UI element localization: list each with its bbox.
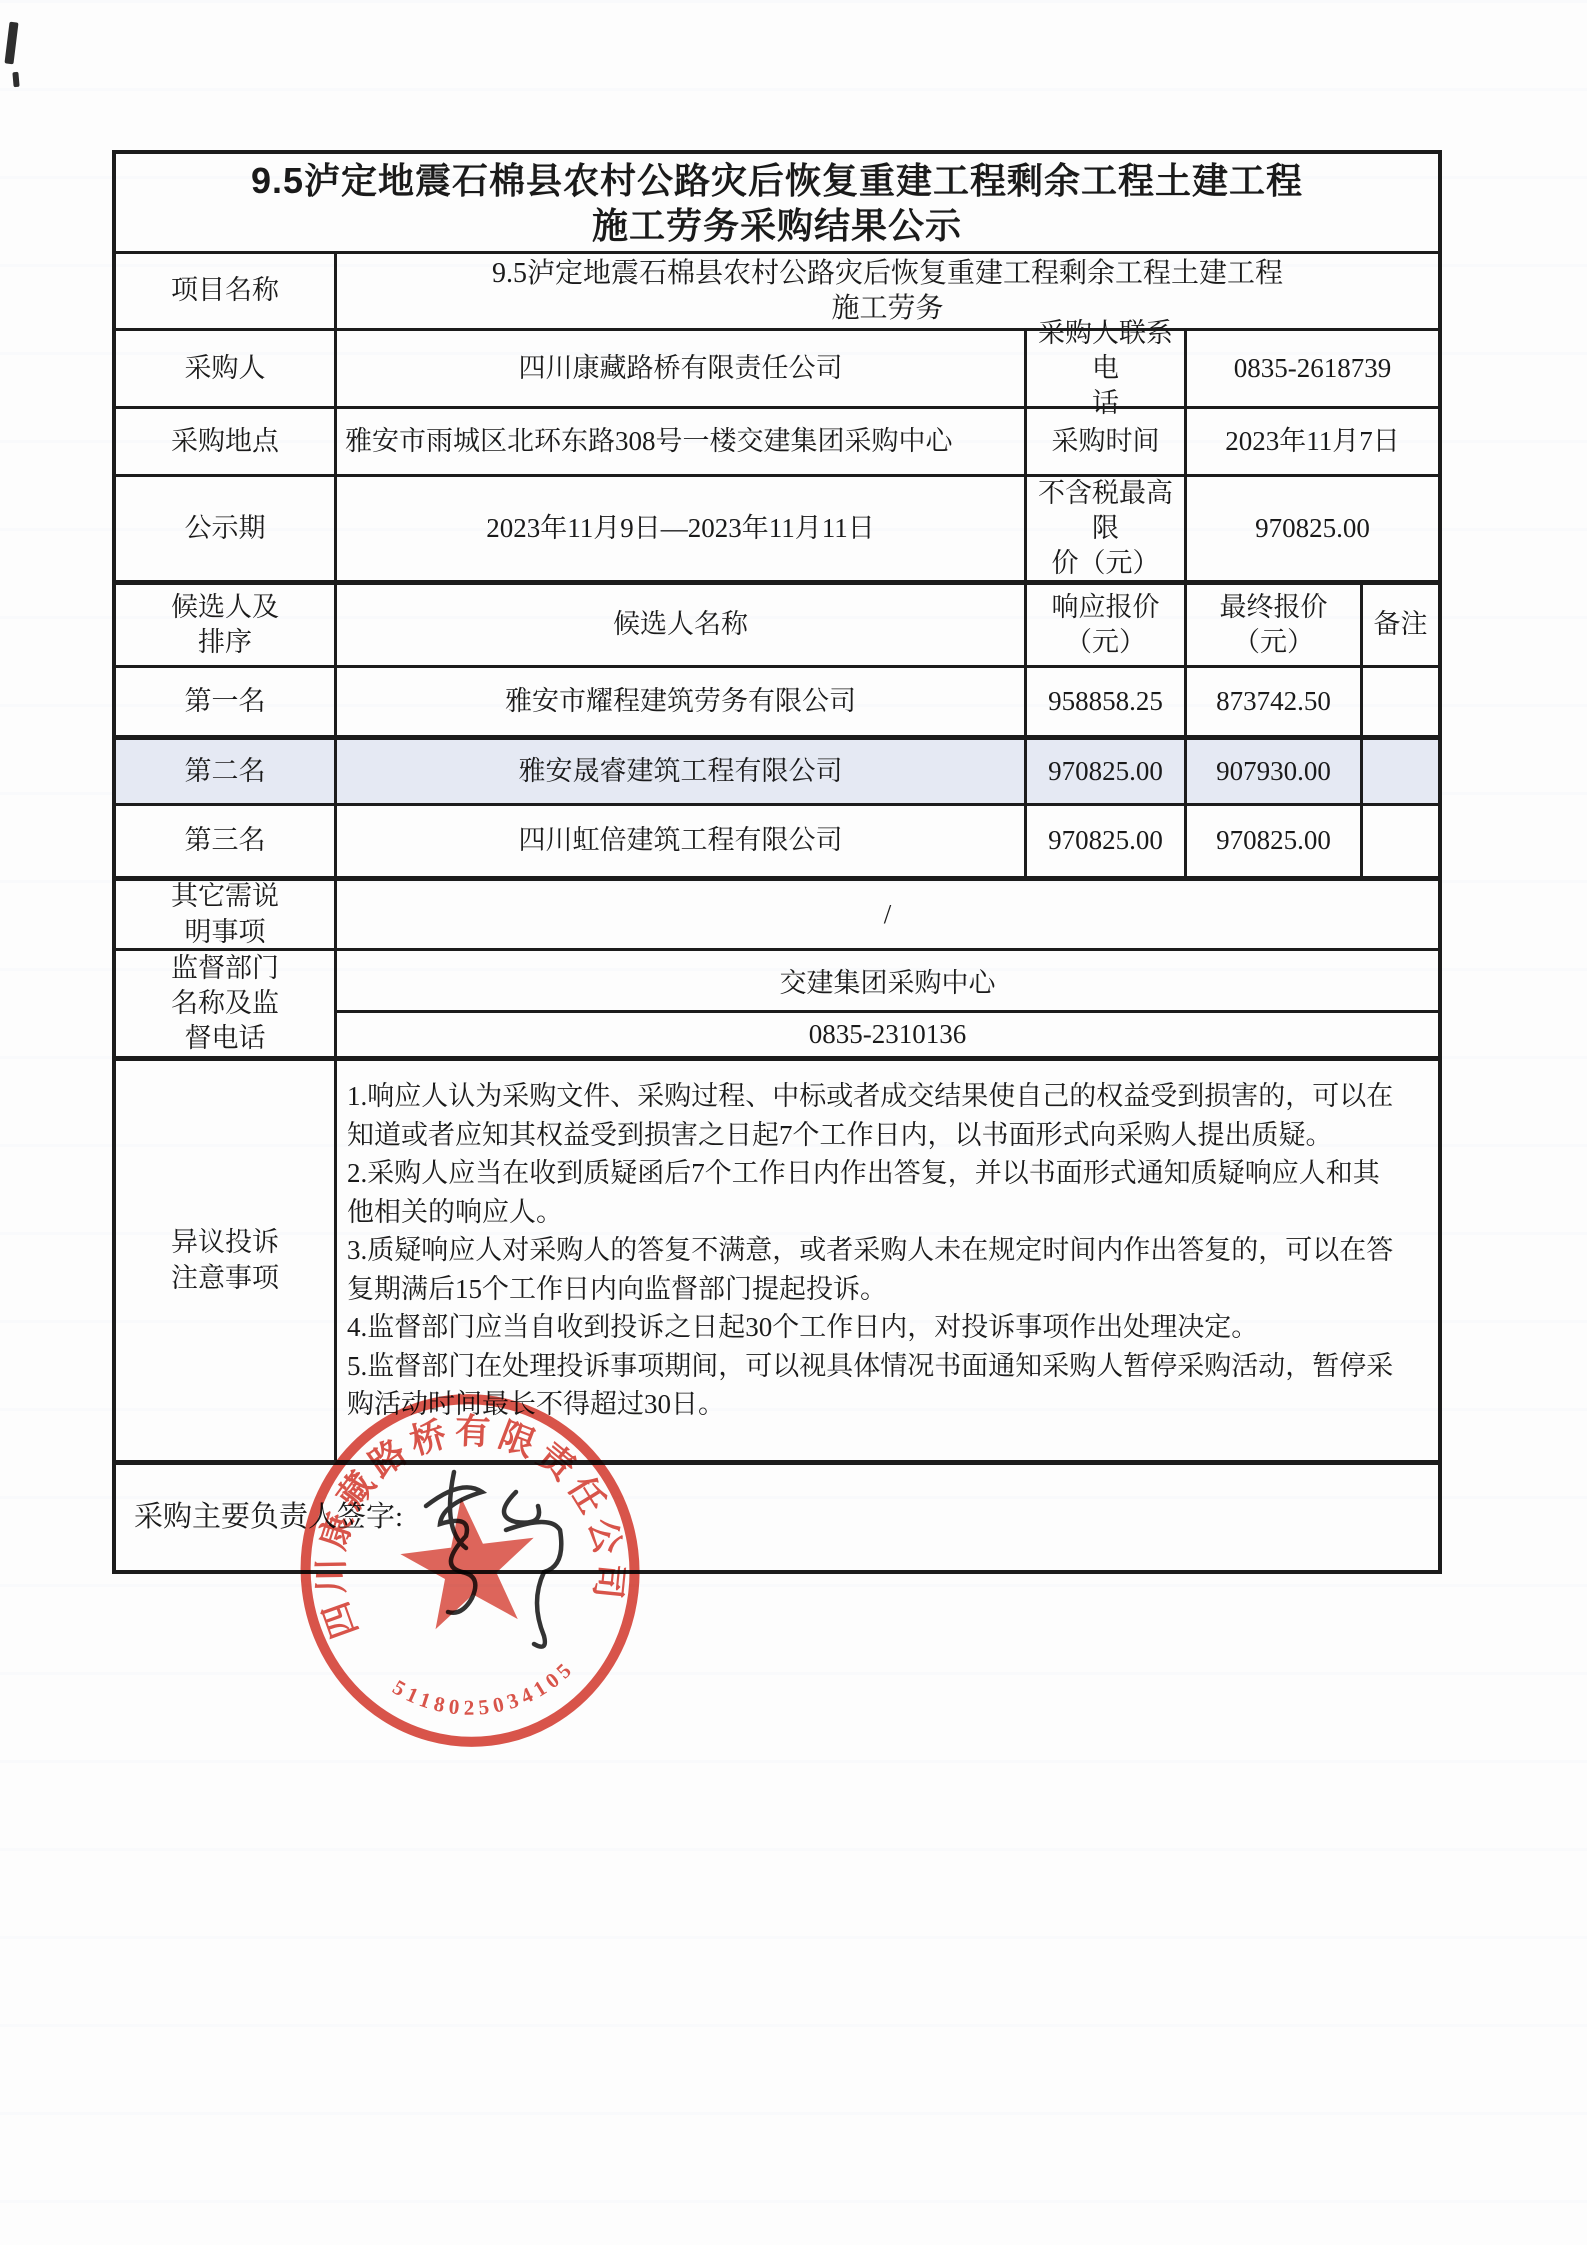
purchaser-phone-value: 0835-2618739 xyxy=(1184,331,1438,406)
publicity-period-label: 公示期 xyxy=(116,477,334,580)
purchaser-phone-label: 采购人联系电 话 xyxy=(1024,331,1184,406)
candidate-name: 雅安晟睿建筑工程有限公司 xyxy=(334,740,1024,803)
purchaser-value: 四川康藏路桥有限责任公司 xyxy=(334,331,1024,406)
candidate-row-3: 第三名 四川虹倍建筑工程有限公司 970825.00 970825.00 xyxy=(116,803,1438,876)
supervision-phone: 0835-2310136 xyxy=(337,1010,1438,1056)
scan-artifact-mark xyxy=(4,22,18,65)
candidate-note xyxy=(1360,668,1438,735)
publicity-period-value: 2023年11月9日—2023年11月11日 xyxy=(334,477,1024,580)
bid-price-column-header: 响应报价 （元） xyxy=(1024,585,1184,665)
other-notes-label: 其它需说 明事项 xyxy=(116,881,334,948)
candidate-name-column-header: 候选人名称 xyxy=(334,585,1024,665)
scan-artifact-mark xyxy=(12,72,19,87)
supervision-department: 交建集团采购中心 xyxy=(337,951,1438,1010)
row-procurement-location: 采购地点 雅安市雨城区北环东路308号一楼交建集团采购中心 采购时间 2023年… xyxy=(116,406,1438,474)
handwritten-signature xyxy=(398,1458,588,1673)
document-title-line1: 9.5泸定地震石棉县农村公路灾后恢复重建工程剩余工程土建工程 xyxy=(251,158,1303,203)
candidate-bid: 958858.25 xyxy=(1024,668,1184,735)
purchaser-label: 采购人 xyxy=(116,331,334,406)
candidate-name: 雅安市耀程建筑劳务有限公司 xyxy=(334,668,1024,735)
project-name-value: 9.5泸定地震石棉县农村公路灾后恢复重建工程剩余工程土建工程 施工劳务 xyxy=(334,254,1438,328)
row-publicity-period: 公示期 2023年11月9日—2023年11月11日 不含税最高限 价（元） 9… xyxy=(116,474,1438,580)
row-project-name: 项目名称 9.5泸定地震石棉县农村公路灾后恢复重建工程剩余工程土建工程 施工劳务 xyxy=(116,251,1438,328)
row-supervision: 监督部门 名称及监 督电话 交建集团采购中心 0835-2310136 xyxy=(116,948,1438,1056)
table-title-row: 9.5泸定地震石棉县农村公路灾后恢复重建工程剩余工程土建工程 施工劳务采购结果公… xyxy=(116,154,1438,251)
candidate-bid: 970825.00 xyxy=(1024,806,1184,876)
candidate-note xyxy=(1360,806,1438,876)
candidate-note xyxy=(1360,740,1438,803)
row-objection-notes: 异议投诉 注意事项 1.响应人认为采购文件、采购过程、中标或者成交结果使自己的权… xyxy=(116,1056,1438,1460)
row-other-notes: 其它需说 明事项 / xyxy=(116,876,1438,948)
scanned-document-page: 9.5泸定地震石棉县农村公路灾后恢复重建工程剩余工程土建工程 施工劳务采购结果公… xyxy=(0,0,1587,2245)
document-title-line2: 施工劳务采购结果公示 xyxy=(592,203,962,248)
row-purchaser: 采购人 四川康藏路桥有限责任公司 采购人联系电 话 0835-2618739 xyxy=(116,328,1438,406)
candidate-rank: 第三名 xyxy=(116,806,334,876)
project-name-value-line1: 9.5泸定地震石棉县农村公路灾后恢复重建工程剩余工程土建工程 xyxy=(492,256,1283,291)
candidate-rank: 第一名 xyxy=(116,668,334,735)
supervision-label: 监督部门 名称及监 督电话 xyxy=(116,951,334,1056)
max-price-label: 不含税最高限 价（元） xyxy=(1024,477,1184,580)
other-notes-value: / xyxy=(334,881,1438,948)
rank-column-header: 候选人及 排序 xyxy=(116,585,334,665)
document-title: 9.5泸定地震石棉县农村公路灾后恢复重建工程剩余工程土建工程 施工劳务采购结果公… xyxy=(116,154,1438,251)
note-column-header: 备注 xyxy=(1360,585,1438,665)
procurement-time-value: 2023年11月7日 xyxy=(1184,409,1438,474)
candidate-rank: 第二名 xyxy=(116,740,334,803)
candidate-final: 873742.50 xyxy=(1184,668,1360,735)
candidate-row-2: 第二名 雅安晟睿建筑工程有限公司 970825.00 907930.00 xyxy=(116,735,1438,803)
project-name-label: 项目名称 xyxy=(116,254,334,328)
objection-label: 异议投诉 注意事项 xyxy=(116,1061,334,1460)
location-value: 雅安市雨城区北环东路308号一楼交建集团采购中心 xyxy=(334,409,1024,474)
max-price-value: 970825.00 xyxy=(1184,477,1438,580)
candidate-final: 970825.00 xyxy=(1184,806,1360,876)
procurement-result-table: 9.5泸定地震石棉县农村公路灾后恢复重建工程剩余工程土建工程 施工劳务采购结果公… xyxy=(112,150,1442,1574)
candidate-final: 907930.00 xyxy=(1184,740,1360,803)
project-name-value-line2: 施工劳务 xyxy=(831,291,943,326)
candidates-header-row: 候选人及 排序 候选人名称 响应报价 （元） 最终报价 （元） 备注 xyxy=(116,580,1438,665)
final-price-column-header: 最终报价 （元） xyxy=(1184,585,1360,665)
candidate-bid: 970825.00 xyxy=(1024,740,1184,803)
candidate-name: 四川虹倍建筑工程有限公司 xyxy=(334,806,1024,876)
candidate-row-1: 第一名 雅安市耀程建筑劳务有限公司 958858.25 873742.50 xyxy=(116,665,1438,735)
procurement-time-label: 采购时间 xyxy=(1024,409,1184,474)
location-label: 采购地点 xyxy=(116,409,334,474)
